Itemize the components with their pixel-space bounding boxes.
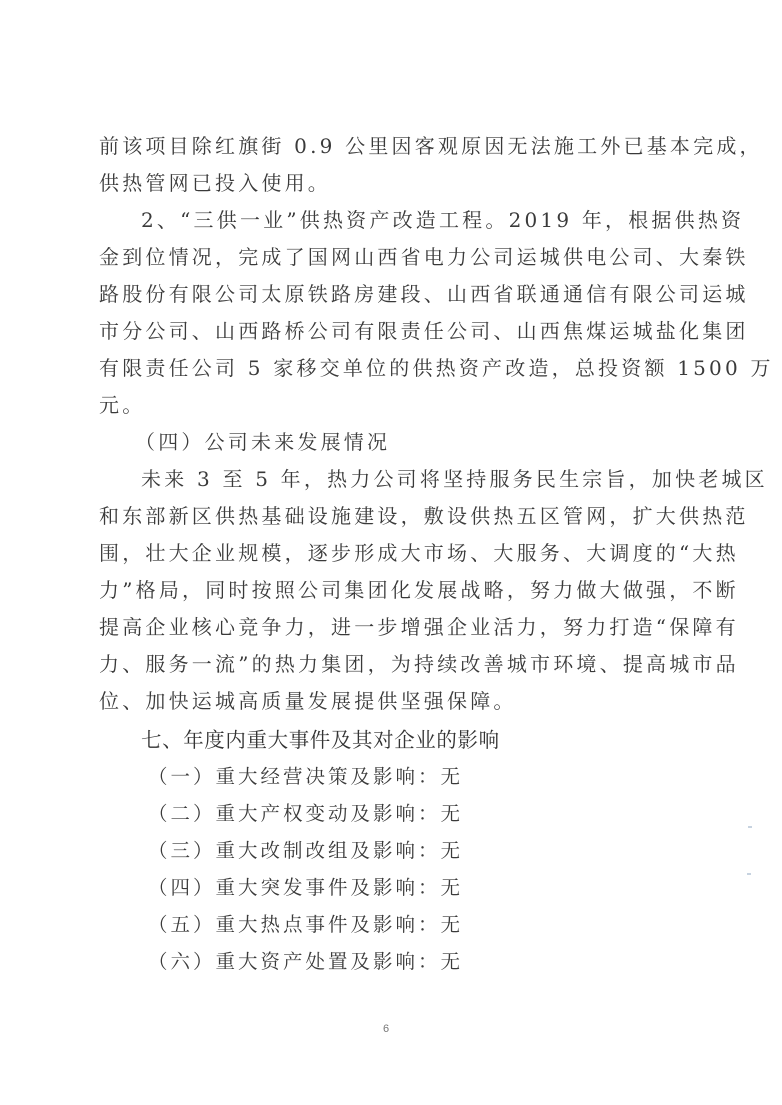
list-item: （四）重大突发事件及影响：无 (148, 876, 463, 900)
paragraph-line: 路股份有限公司太原铁路房建段、山西省联通通信有限公司运城 (99, 282, 684, 306)
list-item: （一）重大经营决策及影响：无 (148, 765, 463, 789)
scan-artifact (747, 873, 751, 875)
paragraph-line: 未来 3 至 5 年，热力公司将坚持服务民生宗旨，加快老城区 (141, 467, 726, 491)
paragraph-line: 和东部新区供热基础设施建设，敷设供热五区管网，扩大供热范 (99, 504, 684, 528)
paragraph-line: 有限责任公司 5 家移交单位的供热资产改造，总投资额 1500 万 (99, 356, 684, 380)
paragraph-line: 2、“三供一业”供热资产改造工程。2019 年，根据供热资 (141, 208, 726, 232)
scan-artifact (748, 826, 752, 828)
subheading: （四）公司未来发展情况 (135, 430, 720, 454)
paragraph-line: 市分公司、山西路桥公司有限责任公司、山西焦煤运城盐化集团 (99, 319, 684, 343)
list-item: （六）重大资产处置及影响：无 (148, 950, 463, 974)
paragraph-line: 力”格局，同时按照公司集团化发展战略，努力做大做强，不断 (99, 578, 684, 602)
paragraph-line: 金到位情况，完成了国网山西省电力公司运城供电公司、大秦铁 (99, 245, 684, 269)
list-item: （三）重大改制改组及影响：无 (148, 839, 463, 863)
list-item: （五）重大热点事件及影响：无 (148, 913, 463, 937)
paragraph-line: 供热管网已投入使用。 (99, 171, 684, 195)
paragraph-line: 提高企业核心竞争力，进一步增强企业活力，努力打造“保障有 (99, 615, 684, 639)
section-heading: 七、年度内重大事件及其对企业的影响 (141, 728, 500, 752)
page-number: 6 (383, 1023, 389, 1035)
paragraph-line: 元。 (99, 393, 684, 417)
paragraph-line: 力、服务一流”的热力集团，为持续改善城市环境、提高城市品 (99, 652, 684, 676)
paragraph-line: 前该项目除红旗街 0.9 公里因客观原因无法施工外已基本完成， (99, 134, 684, 158)
paragraph-line: 围，壮大企业规模，逐步形成大市场、大服务、大调度的“大热 (99, 541, 684, 565)
paragraph-line: 位、加快运城高质量发展提供坚强保障。 (99, 689, 684, 713)
document-page: 前该项目除红旗街 0.9 公里因客观原因无法施工外已基本完成， 供热管网已投入使… (0, 0, 782, 1105)
list-item: （二）重大产权变动及影响：无 (148, 802, 463, 826)
